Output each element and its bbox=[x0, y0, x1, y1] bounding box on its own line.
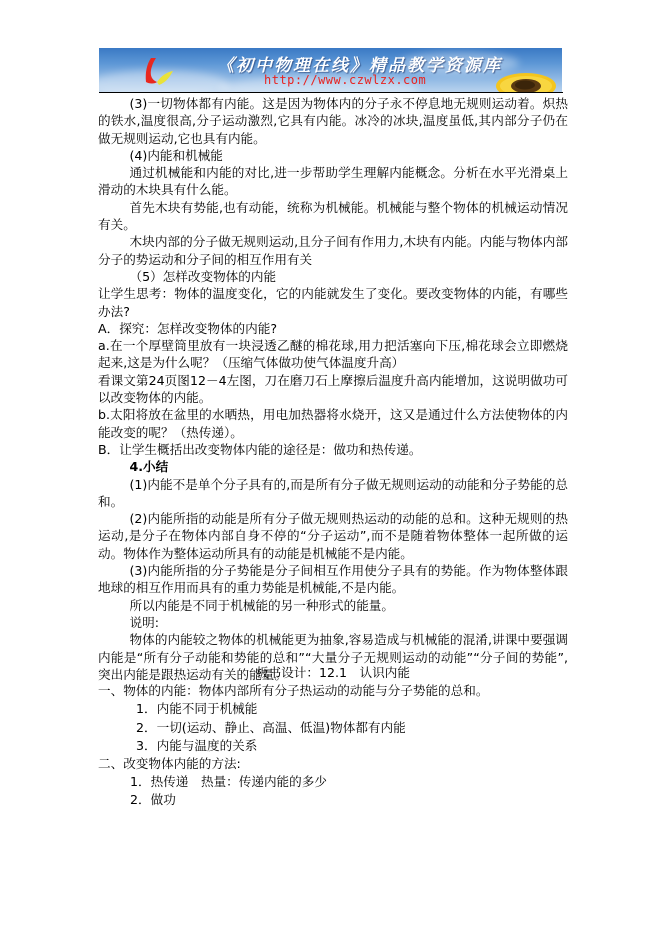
paragraph: (3)一切物体都有内能。这是因为物体内的分子永不停息地无规则运动着。炽热的铁水,… bbox=[98, 95, 568, 147]
board-section-heading: 二、改变物体内能的方法: bbox=[98, 755, 568, 773]
board-item: 1．热传递 热量：传递内能的多少 bbox=[98, 773, 568, 791]
paragraph: b.太阳将放在盆里的水晒热，用电加热器将水烧开，这又是通过什么方法使物体的内能改… bbox=[98, 406, 568, 441]
note-label: 说明: bbox=[98, 614, 568, 631]
paragraph: 首先木块有势能,也有动能，统称为机械能。机械能与整个物体的机械运动情况有关。 bbox=[98, 199, 568, 234]
site-logo-icon bbox=[137, 56, 177, 88]
subheading: A．探究：怎样改变物体的内能? bbox=[98, 320, 568, 337]
subheading: （5）怎样改变物体的内能 bbox=[98, 268, 568, 285]
board-design: 板书设计：12.1 认识内能 一、物体的内能：物体内部所有分子热运动的动能与分子… bbox=[98, 664, 568, 810]
paragraph: 通过机械能和内能的对比,进一步帮助学生理解内能概念。分析在水平光滑桌上滑动的木块… bbox=[98, 164, 568, 199]
site-banner: 《初中物理在线》精品教学资源库 http://www.czwlzx.com bbox=[99, 48, 562, 92]
header-divider bbox=[99, 92, 563, 93]
paragraph: 让学生思考：物体的温度变化，它的内能就发生了变化。要改变物体的内能，有哪些办法? bbox=[98, 285, 568, 320]
section-heading: 4.小结 bbox=[98, 458, 568, 475]
board-title: 板书设计：12.1 认识内能 bbox=[98, 664, 568, 682]
paragraph: a.在一个厚壁筒里放有一块浸透乙醚的棉花球,用力把活塞向下压,棉花球会立即燃烧起… bbox=[98, 337, 568, 372]
paragraph: (2)内能所指的动能是所有分子做无规则热运动的动能的总和。这种无规则的热运动,是… bbox=[98, 510, 568, 562]
paragraph: 所以内能是不同于机械能的另一种形式的能量。 bbox=[98, 597, 568, 614]
paragraph: 木块内部的分子做无规则运动,且分子间有作用力,木块有内能。内能与物体内部分子的势… bbox=[98, 233, 568, 268]
board-item: 2．做功 bbox=[98, 791, 568, 809]
banner-url: http://www.czwlzx.com bbox=[264, 73, 426, 87]
board-section-heading: 一、物体的内能：物体内部所有分子热运动的动能与分子势能的总和。 bbox=[98, 682, 568, 700]
paragraph: (3)内能所指的分子势能是分子间相互作用使分子具有的势能。作为物体整体跟地球的相… bbox=[98, 562, 568, 597]
paragraph: (1)内能不是单个分子具有的,而是所有分子做无规则运动的动能和分子势能的总和。 bbox=[98, 476, 568, 511]
lesson-body: (3)一切物体都有内能。这是因为物体内的分子永不停息地无规则运动着。炽热的铁水,… bbox=[98, 95, 568, 683]
board-item: 2．一切(运动、静止、高温、低温)物体都有内能 bbox=[98, 719, 568, 737]
paragraph: 看课文第24页图12－4左图，刀在磨刀石上摩擦后温度升高内能增加，这说明做功可以… bbox=[98, 372, 568, 407]
board-item: 1．内能不同于机械能 bbox=[98, 700, 568, 718]
subheading: (4)内能和机械能 bbox=[98, 147, 568, 164]
board-item: 3．内能与温度的关系 bbox=[98, 737, 568, 755]
sunflower-icon bbox=[494, 64, 558, 92]
paragraph: B．让学生概括出改变物体内能的途径是：做功和热传递。 bbox=[98, 441, 568, 458]
